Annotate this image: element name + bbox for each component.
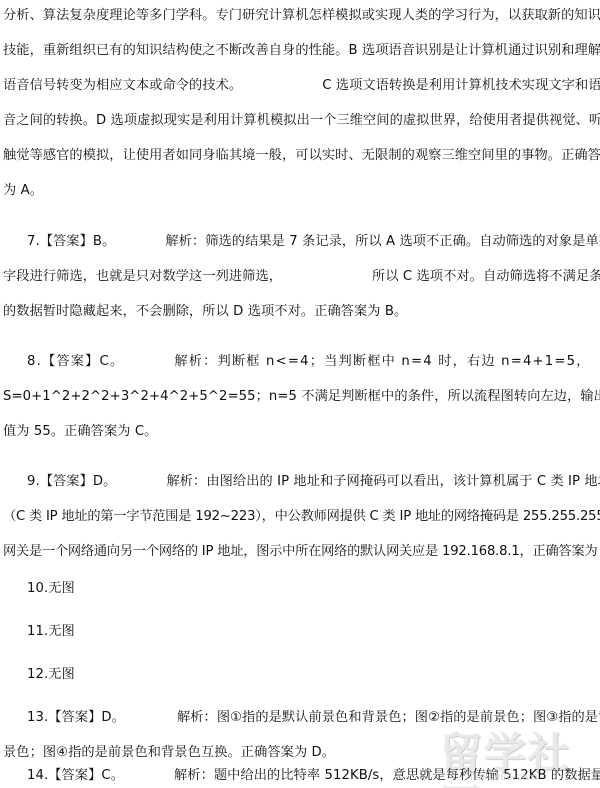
text-segment: 所以 C 选项不对。自动筛选将不满足条件 [372, 269, 600, 284]
watermark-url: liuxue86.com [470, 772, 538, 783]
text-line: 技能，重新组织已有的知识结构使之不断改善自身的性能。B 选项语音识别是让计算机通… [3, 41, 597, 61]
text-segment: 语音信号转变为相应文本或命令的技术。 [3, 78, 242, 93]
answer-label: 14.【答案】C。 [27, 768, 124, 783]
answer-label: 7.【答案】B。 [27, 234, 115, 249]
text-line: 触觉等感官的模拟，让使用者如同身临其境一般，可以实时、无限制的观察三维空间里的事… [3, 146, 597, 166]
question-11: 11.无图 [27, 622, 600, 642]
text-line: 语音信号转变为相应文本或命令的技术。C 选项文语转换是利用计算机技术实现文字和语 [3, 76, 597, 96]
question-12: 12.无图 [27, 665, 600, 685]
answer-label: 9.【答案】D。 [27, 474, 116, 489]
answer-label: 8.【答案】C。 [27, 354, 124, 369]
text-line: 值为 55。正确答案为 C。 [3, 422, 597, 442]
text-line: 的数据暂时隐藏起来，不会删除，所以 D 选项不对。正确答案为 B。 [3, 302, 597, 322]
text-segment: C 选项文语转换是利用计算机技术实现文字和语 [322, 78, 600, 93]
analysis-text: 解析：判断框 n<=4；当判断框中 n=4 时，右边 n=4+1=5， [174, 354, 590, 369]
question-9-heading: 9.【答案】D。解析：由图给出的 IP 地址和子网掩码可以看出，该计算机属于 C… [27, 472, 600, 492]
question-7-heading: 7.【答案】B。解析：筛选的结果是 7 条记录，所以 A 选项不正确。自动筛选的… [27, 232, 600, 252]
text-line: 为 A。 [3, 181, 597, 201]
analysis-text: 解析：筛选的结果是 7 条记录，所以 A 选项不正确。自动筛选的对象是单列 [165, 234, 600, 249]
text-line: S=0+1^2+2^2+3^2+4^2+5^2=55；n=5 不满足判断框中的条… [3, 387, 597, 407]
answer-label: 13.【答案】D。 [27, 710, 125, 725]
text-line: （C 类 IP 地址的第一字节范围是 192~223），中公教师网提供 C 类 … [3, 507, 597, 527]
text-line: 字段进行筛选，也就是只对数学这一列进筛选，所以 C 选项不对。自动筛选将不满足条… [3, 267, 597, 287]
text-line: 分析、算法复杂度理论等多门学科。专门研究计算机怎样模拟或实现人类的学习行为，以获… [3, 6, 597, 26]
analysis-text: 解析：由图给出的 IP 地址和子网掩码可以看出，该计算机属于 C 类 IP 地址 [166, 474, 600, 489]
analysis-text: 解析：图①指的是默认前景色和背景色；图②指的是前景色；图③指的是背 [177, 710, 600, 725]
text-segment: 字段进行筛选，也就是只对数学这一列进筛选， [3, 269, 282, 284]
question-8-heading: 8.【答案】C。解析：判断框 n<=4；当判断框中 n=4 时，右边 n=4+1… [27, 352, 600, 372]
text-line: 音之间的转换。D 选项虚拟现实是利用计算机模拟出一个三维空间的虚拟世界，给使用者… [3, 111, 597, 131]
question-13-heading: 13.【答案】D。解析：图①指的是默认前景色和背景色；图②指的是前景色；图③指的… [27, 708, 600, 728]
question-10: 10.无图 [27, 579, 600, 599]
text-line: 网关是一个网络通向另一个网络的 IP 地址，图示中所在网络的默认网关应是 192… [3, 542, 597, 562]
